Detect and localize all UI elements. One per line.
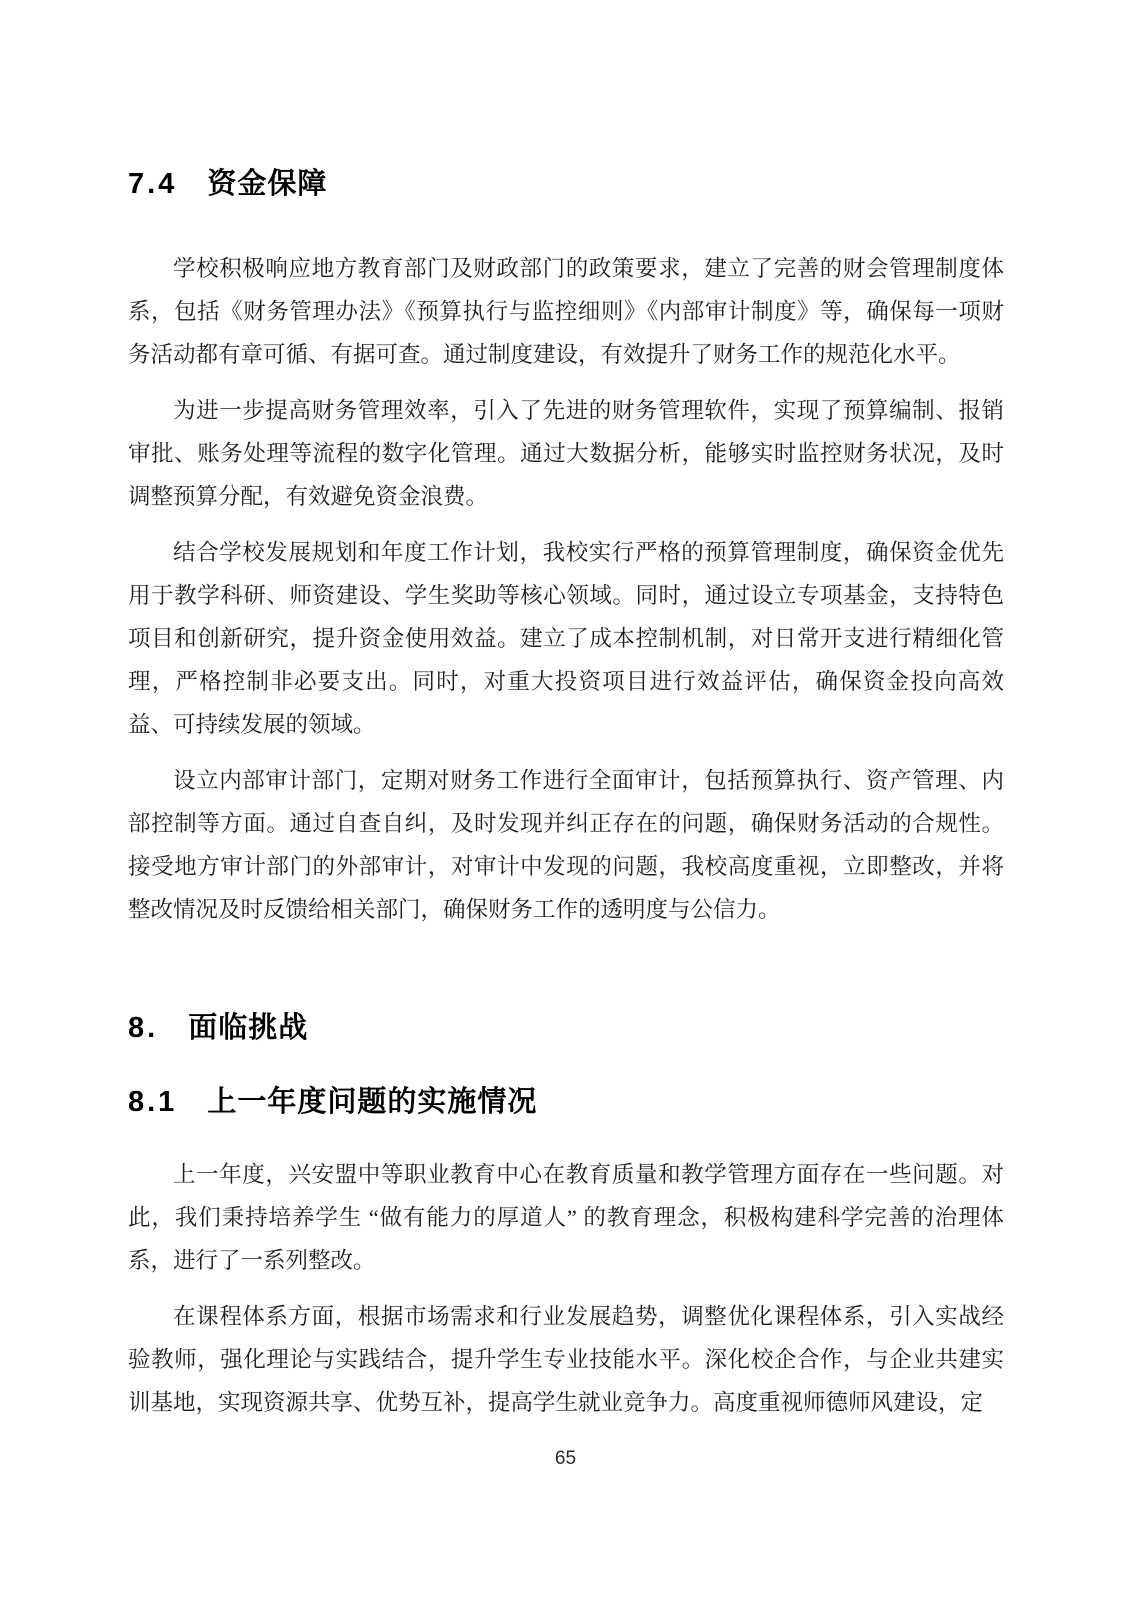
page-number: 65 <box>0 1448 1131 1470</box>
section-title-8: 面临挑战 <box>188 1012 308 1044</box>
paragraph-challenges-1: 上一年度，兴安盟中等职业教育中心在教育质量和教学管理方面存在一些问题。对此，我们… <box>128 1153 1004 1282</box>
spacer <box>128 205 1004 247</box>
section-title-8-1: 上一年度问题的实施情况 <box>207 1086 537 1118</box>
section-heading-8: 8.面临挑战 <box>128 1007 1004 1049</box>
paragraph-funding-3: 结合学校发展规划和年度工作计划，我校实行严格的预算管理制度，确保资金优先用于教学… <box>128 531 1004 746</box>
section-number-8: 8. <box>128 1007 158 1049</box>
paragraph-funding-4: 设立内部审计部门，定期对财务工作进行全面审计，包括预算执行、资产管理、内部控制等… <box>128 759 1004 931</box>
section-heading-8-1: 8.1上一年度问题的实施情况 <box>128 1081 1004 1123</box>
paragraph-funding-2: 为进一步提高财务管理效率，引入了先进的财务管理软件，实现了预算编制、报销审批、账… <box>128 389 1004 518</box>
paragraph-challenges-2: 在课程体系方面，根据市场需求和行业发展趋势，调整优化课程体系，引入实战经验教师，… <box>128 1295 1004 1424</box>
section-number-7-4: 7.4 <box>128 163 177 205</box>
section-number-8-1: 8.1 <box>128 1081 177 1123</box>
section-title-7-4: 资金保障 <box>207 168 327 200</box>
section-heading-7-4: 7.4资金保障 <box>128 163 1004 205</box>
page-content: 7.4资金保障 学校积极响应地方教育部门及财政部门的政策要求，建立了完善的财会管… <box>128 0 1004 1424</box>
paragraph-funding-1: 学校积极响应地方教育部门及财政部门的政策要求，建立了完善的财会管理制度体系，包括… <box>128 247 1004 376</box>
document-page: 7.4资金保障 学校积极响应地方教育部门及财政部门的政策要求，建立了完善的财会管… <box>0 0 1131 1600</box>
spacer <box>128 1123 1004 1153</box>
